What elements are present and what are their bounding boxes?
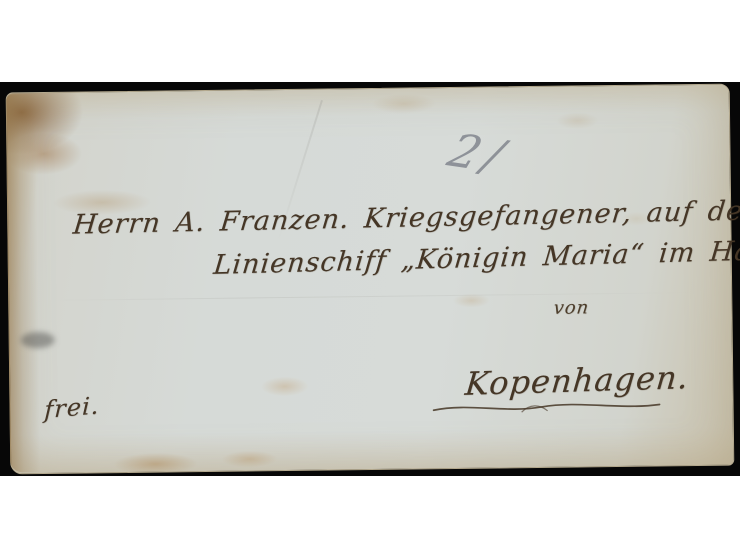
photo-backdrop: Herrn A. Franzen. Kriegsgefangener, auf … xyxy=(0,82,740,476)
envelope-paper xyxy=(6,84,735,475)
franking-note: frei. xyxy=(44,392,100,424)
page-background: { "photo": { "backdrop_color": "#070707"… xyxy=(0,0,740,557)
underline-flourish xyxy=(429,396,665,417)
address-preposition: von xyxy=(552,297,590,318)
folded-spine-edge xyxy=(6,94,41,472)
postal-cover: Herrn A. Franzen. Kriegsgefangener, auf … xyxy=(6,84,735,475)
